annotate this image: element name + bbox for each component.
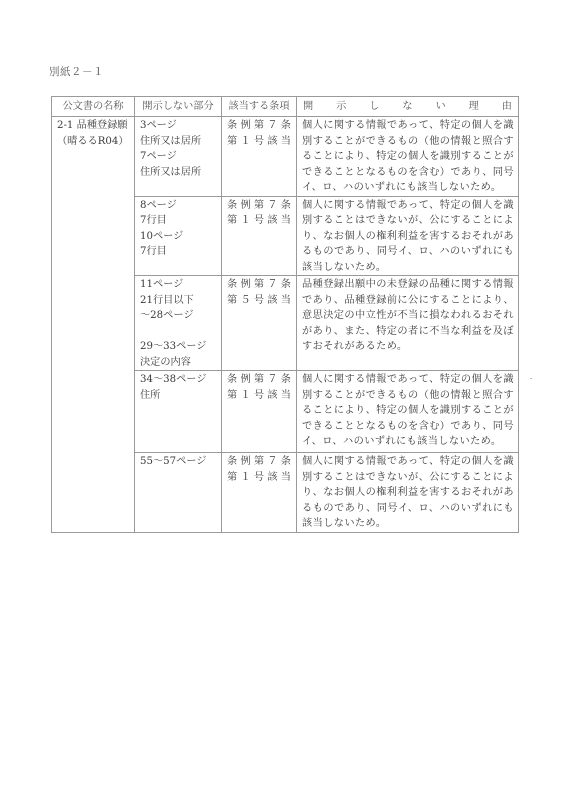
reason-cell: 個人に関する情報であって、特定の個人を識別することはできないが、公にすることによ…: [297, 196, 519, 276]
header-reason: 開 示 し な い 理 由: [297, 97, 519, 117]
undisclosed-part-cell: 3ページ 住所又は居所 7ページ 住所又は居所: [135, 117, 222, 197]
reason-cell: 個人に関する情報であって、特定の個人を識別することはできないが、公にすることによ…: [297, 453, 519, 533]
applicable-clause-cell: 条例第７条 第１号該当: [222, 196, 297, 276]
reason-cell: 個人に関する情報であって、特定の個人を識別することができるもの（他の情報と照合す…: [297, 117, 519, 197]
table-header-row: 公文書の名称 開示しない部分 該当する条項 開 示 し な い 理 由: [52, 97, 519, 117]
non-disclosure-table: 公文書の名称 開示しない部分 該当する条項 開 示 し な い 理 由 2-1 …: [51, 96, 519, 533]
undisclosed-part-cell: 8ページ 7行目 10ページ 7行目: [135, 196, 222, 276]
applicable-clause-cell: 条例第７条 第１号該当: [222, 117, 297, 197]
reason-cell: 個人に関する情報であって、特定の個人を識別することができるもの（他の情報と照合す…: [297, 371, 519, 453]
undisclosed-part-cell: 11ページ 21行目以下 ～28ページ 29～33ページ 決定の内容: [135, 276, 222, 371]
table-row: 2-1 品種登録願 （晴るるR04） 3ページ 住所又は居所 7ページ 住所又は…: [52, 117, 519, 197]
scan-artifact: [530, 378, 532, 379]
undisclosed-part-cell: 55～57ページ: [135, 453, 222, 533]
applicable-clause-cell: 条例第７条 第５号該当: [222, 276, 297, 371]
doc-name-cell: 2-1 品種登録願 （晴るるR04）: [52, 117, 135, 533]
header-undisclosed-part: 開示しない部分: [135, 97, 222, 117]
attachment-label: 別紙２－１: [49, 64, 104, 79]
header-doc-name: 公文書の名称: [52, 97, 135, 117]
reason-cell: 品種登録出願中の未登録の品種に関する情報であり、品種登録前に公にすることにより、…: [297, 276, 519, 371]
applicable-clause-cell: 条例第７条 第１号該当: [222, 371, 297, 453]
header-applicable-clause: 該当する条項: [222, 97, 297, 117]
applicable-clause-cell: 条例第７条 第１号該当: [222, 453, 297, 533]
undisclosed-part-cell: 34～38ページ 住所: [135, 371, 222, 453]
